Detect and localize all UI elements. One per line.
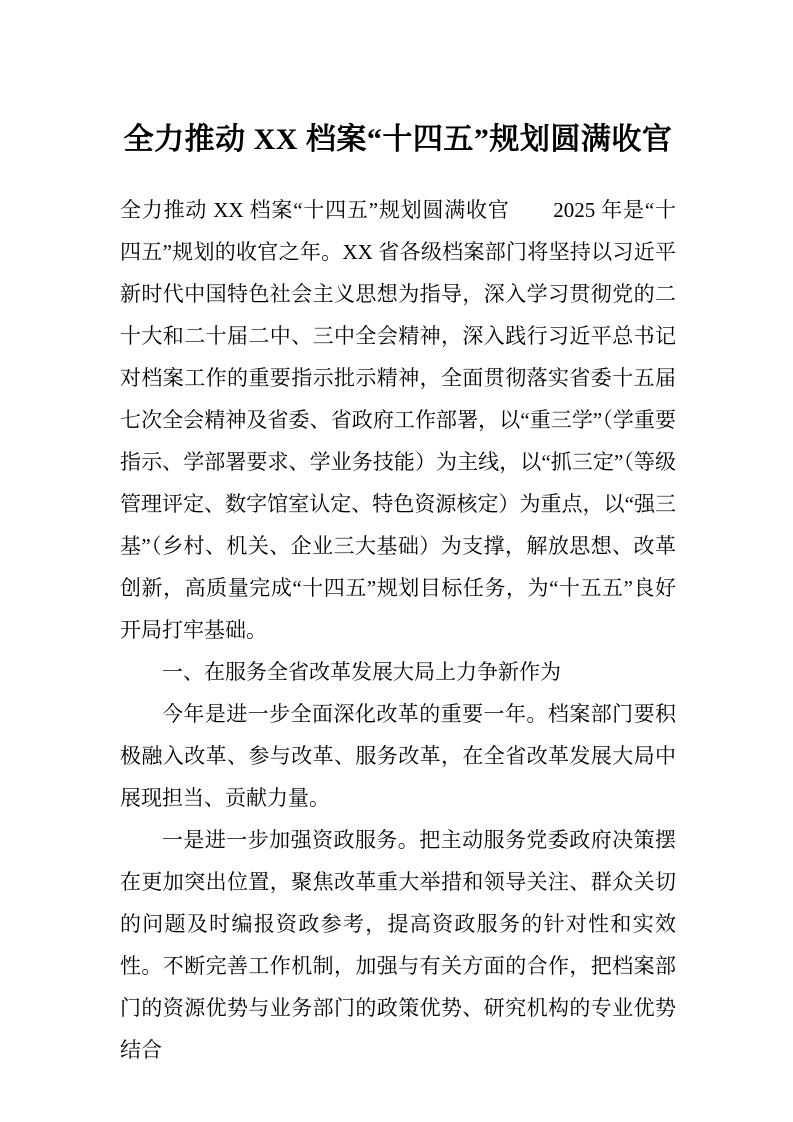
body-paragraph-intro: 全力推动 XX 档案“十四五”规划圆满收官 2025 年是“十四五”规划的收官之… <box>120 189 676 651</box>
document-body: 全力推动 XX 档案“十四五”规划圆满收官 2025 年是“十四五”规划的收官之… <box>120 189 676 1071</box>
document-title: 全力推动 XX 档案“十四五”规划圆满收官 <box>120 116 676 164</box>
body-paragraph-advisory: 一是进一步加强资政服务。把主动服务党委政府决策摆在更加突出位置，聚焦改革重大举措… <box>120 819 676 1071</box>
section-heading-1: 一、在服务全省改革发展大局上力争新作为 <box>120 651 676 693</box>
body-paragraph-reform: 今年是进一步全面深化改革的重要一年。档案部门要积极融入改革、参与改革、服务改革，… <box>120 693 676 819</box>
document-page: 全力推动 XX 档案“十四五”规划圆满收官 全力推动 XX 档案“十四五”规划圆… <box>0 0 793 1122</box>
